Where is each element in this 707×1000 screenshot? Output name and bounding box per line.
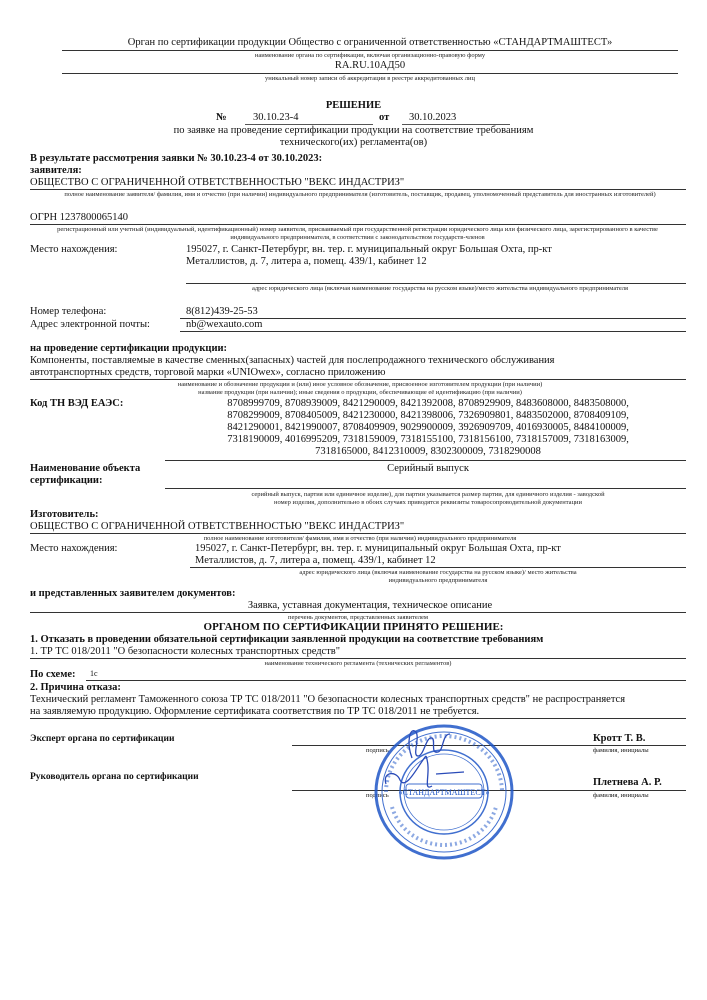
product-line-1: Компоненты, поставляемые в качестве смен… — [30, 355, 555, 367]
regulation-caption: наименование технического регламента (те… — [30, 660, 686, 668]
divider — [165, 460, 686, 461]
name-caption: фамилия, инициалы — [593, 792, 649, 799]
divider — [30, 189, 686, 190]
documents-value: Заявка, уставная документация, техническ… — [100, 600, 640, 612]
verdict-item-2: 2. Причина отказа: — [30, 682, 121, 694]
phone-label: Номер телефона: — [30, 306, 106, 318]
divider — [62, 73, 678, 74]
divider — [30, 379, 686, 380]
object-label-1: Наименование объекта — [30, 463, 140, 475]
tnved-label: Код ТН ВЭД ЕАЭС: — [30, 398, 123, 410]
email-label: Адрес электронной почты: — [30, 319, 150, 331]
decision-title: РЕШЕНИЕ — [0, 100, 707, 112]
address-caption: адрес юридического лица (включая наимено… — [200, 285, 680, 293]
tnved-line: 8708299009, 8708405009, 8421230000, 8421… — [178, 410, 678, 422]
divider — [186, 283, 686, 284]
applicant-name: ОБЩЕСТВО С ОГРАНИЧЕННОЙ ОТВЕТСТВЕННОСТЬЮ… — [30, 177, 404, 189]
divider — [30, 718, 686, 719]
decision-number: 30.10.23-4 — [253, 112, 299, 124]
tnved-line: 8708999709, 8708939009, 8421290009, 8421… — [178, 398, 678, 410]
divider — [30, 658, 686, 659]
scheme-value: 1с — [90, 669, 98, 679]
object-value: Серийный выпуск — [170, 463, 686, 475]
divider — [30, 612, 686, 613]
manufacturer-address-line-1: 195027, г. Санкт-Петербург, вн. тер. г. … — [195, 543, 561, 555]
address-line-1: 195027, г. Санкт-Петербург, вн. тер. г. … — [186, 244, 552, 256]
accreditation-caption: уникальный номер записи об аккредитации … — [60, 75, 680, 83]
expert-label: Эксперт органа по сертификации — [30, 734, 174, 744]
review-heading: В результате рассмотрения заявки № 30.10… — [30, 153, 322, 165]
product-line-2: автотранспортных средств, торговой марки… — [30, 367, 385, 379]
number-label: № — [216, 112, 227, 124]
applicant-label: заявителя: — [30, 165, 82, 177]
accreditation-number: RA.RU.10АД50 — [60, 60, 680, 72]
divider — [30, 224, 686, 225]
verdict-heading: ОРГАНОМ ПО СЕРТИФИКАЦИИ ПРИНЯТО РЕШЕНИЕ: — [0, 621, 707, 634]
tnved-line: 8421290001, 8421990007, 8708409909, 9029… — [178, 422, 678, 434]
divider — [86, 680, 686, 681]
reason-line-2: на заявляемую продукцию. Оформление серт… — [30, 706, 479, 718]
documents-label: и представленных заявителем документов: — [30, 588, 235, 600]
divider — [62, 50, 678, 51]
decision-subtitle-1: по заявке на проведение сертификации про… — [100, 125, 607, 137]
product-caption-1: наименование и обозначение продукции и (… — [40, 381, 680, 389]
reason-line-1: Технический регламент Таможенного союза … — [30, 694, 625, 706]
address-line-2: Металлистов, д. 7, литера а, помещ. 439/… — [186, 256, 427, 268]
divider — [165, 488, 686, 489]
manufacturer-address-caption-2: индивидуального предпринимателя — [190, 577, 686, 585]
tnved-line: 7318165000, 8412310009, 8302300009, 7318… — [178, 446, 678, 458]
date-label: от — [379, 112, 389, 124]
product-caption-2: название продукции (при наличии); иные с… — [40, 389, 680, 397]
manufacturer-name-caption: полное наименование изготовителя/ фамили… — [40, 535, 680, 543]
tnved-codes: 8708999709, 8708939009, 8421290009, 8421… — [178, 398, 678, 458]
verdict-item-1: 1. Отказать в проведении обязательной се… — [30, 634, 543, 646]
scheme-label: По схеме: — [30, 669, 76, 681]
object-caption-2: номер изделия, дополнительно в обоих слу… — [170, 499, 686, 507]
object-label-2: сертификации: — [30, 475, 102, 487]
stamp-seal: «СТАНДАРТМАШТЕСТ» — [372, 722, 516, 862]
stamp-seal-icon: «СТАНДАРТМАШТЕСТ» — [372, 722, 516, 862]
manufacturer-label: Изготовитель: — [30, 509, 99, 521]
name-caption: фамилия, инициалы — [593, 747, 649, 754]
expert-name: Кротт Т. В. — [593, 733, 645, 744]
ogrn: ОГРН 1237800065140 — [30, 212, 128, 224]
manufacturer-address-caption-1: адрес юридического лица (включая наимено… — [190, 569, 686, 577]
product-heading: на проведение сертификации продукции: — [30, 343, 227, 355]
regulation: 1. ТР ТС 018/2011 "О безопасности колесн… — [30, 646, 340, 658]
svg-text:«СТАНДАРТМАШТЕСТ»: «СТАНДАРТМАШТЕСТ» — [399, 788, 490, 797]
head-name: Плетнева А. Р. — [593, 777, 662, 788]
applicant-name-caption: полное наименование заявителя/ фамилия, … — [40, 191, 680, 199]
manufacturer-name: ОБЩЕСТВО С ОГРАНИЧЕННОЙ ОТВЕТСТВЕННОСТЬЮ… — [30, 521, 404, 533]
org-name: Орган по сертификации продукции Общество… — [60, 37, 680, 49]
divider — [190, 567, 686, 568]
tnved-line: 7318190009, 4016995209, 7318159009, 7318… — [178, 434, 678, 446]
email-value: nb@wexauto.com — [186, 319, 262, 331]
manufacturer-address-line-2: Металлистов, д. 7, литера а, помещ. 439/… — [195, 555, 436, 567]
org-caption: наименование органа по сертификации, вкл… — [60, 52, 680, 60]
manufacturer-address-label: Место нахождения: — [30, 543, 117, 555]
decision-subtitle-2: технического(их) регламента(ов) — [100, 137, 607, 149]
address-label: Место нахождения: — [30, 244, 117, 256]
decision-date: 30.10.2023 — [409, 112, 456, 124]
divider — [30, 533, 686, 534]
phone-value: 8(812)439-25-53 — [186, 306, 258, 318]
head-label: Руководитель органа по сертификации — [30, 772, 199, 782]
object-caption-1: серийный выпуск, партия или единичное из… — [170, 491, 686, 499]
divider — [180, 331, 686, 332]
ogrn-caption: регистрационный или учетный (индивидуаль… — [35, 226, 680, 242]
